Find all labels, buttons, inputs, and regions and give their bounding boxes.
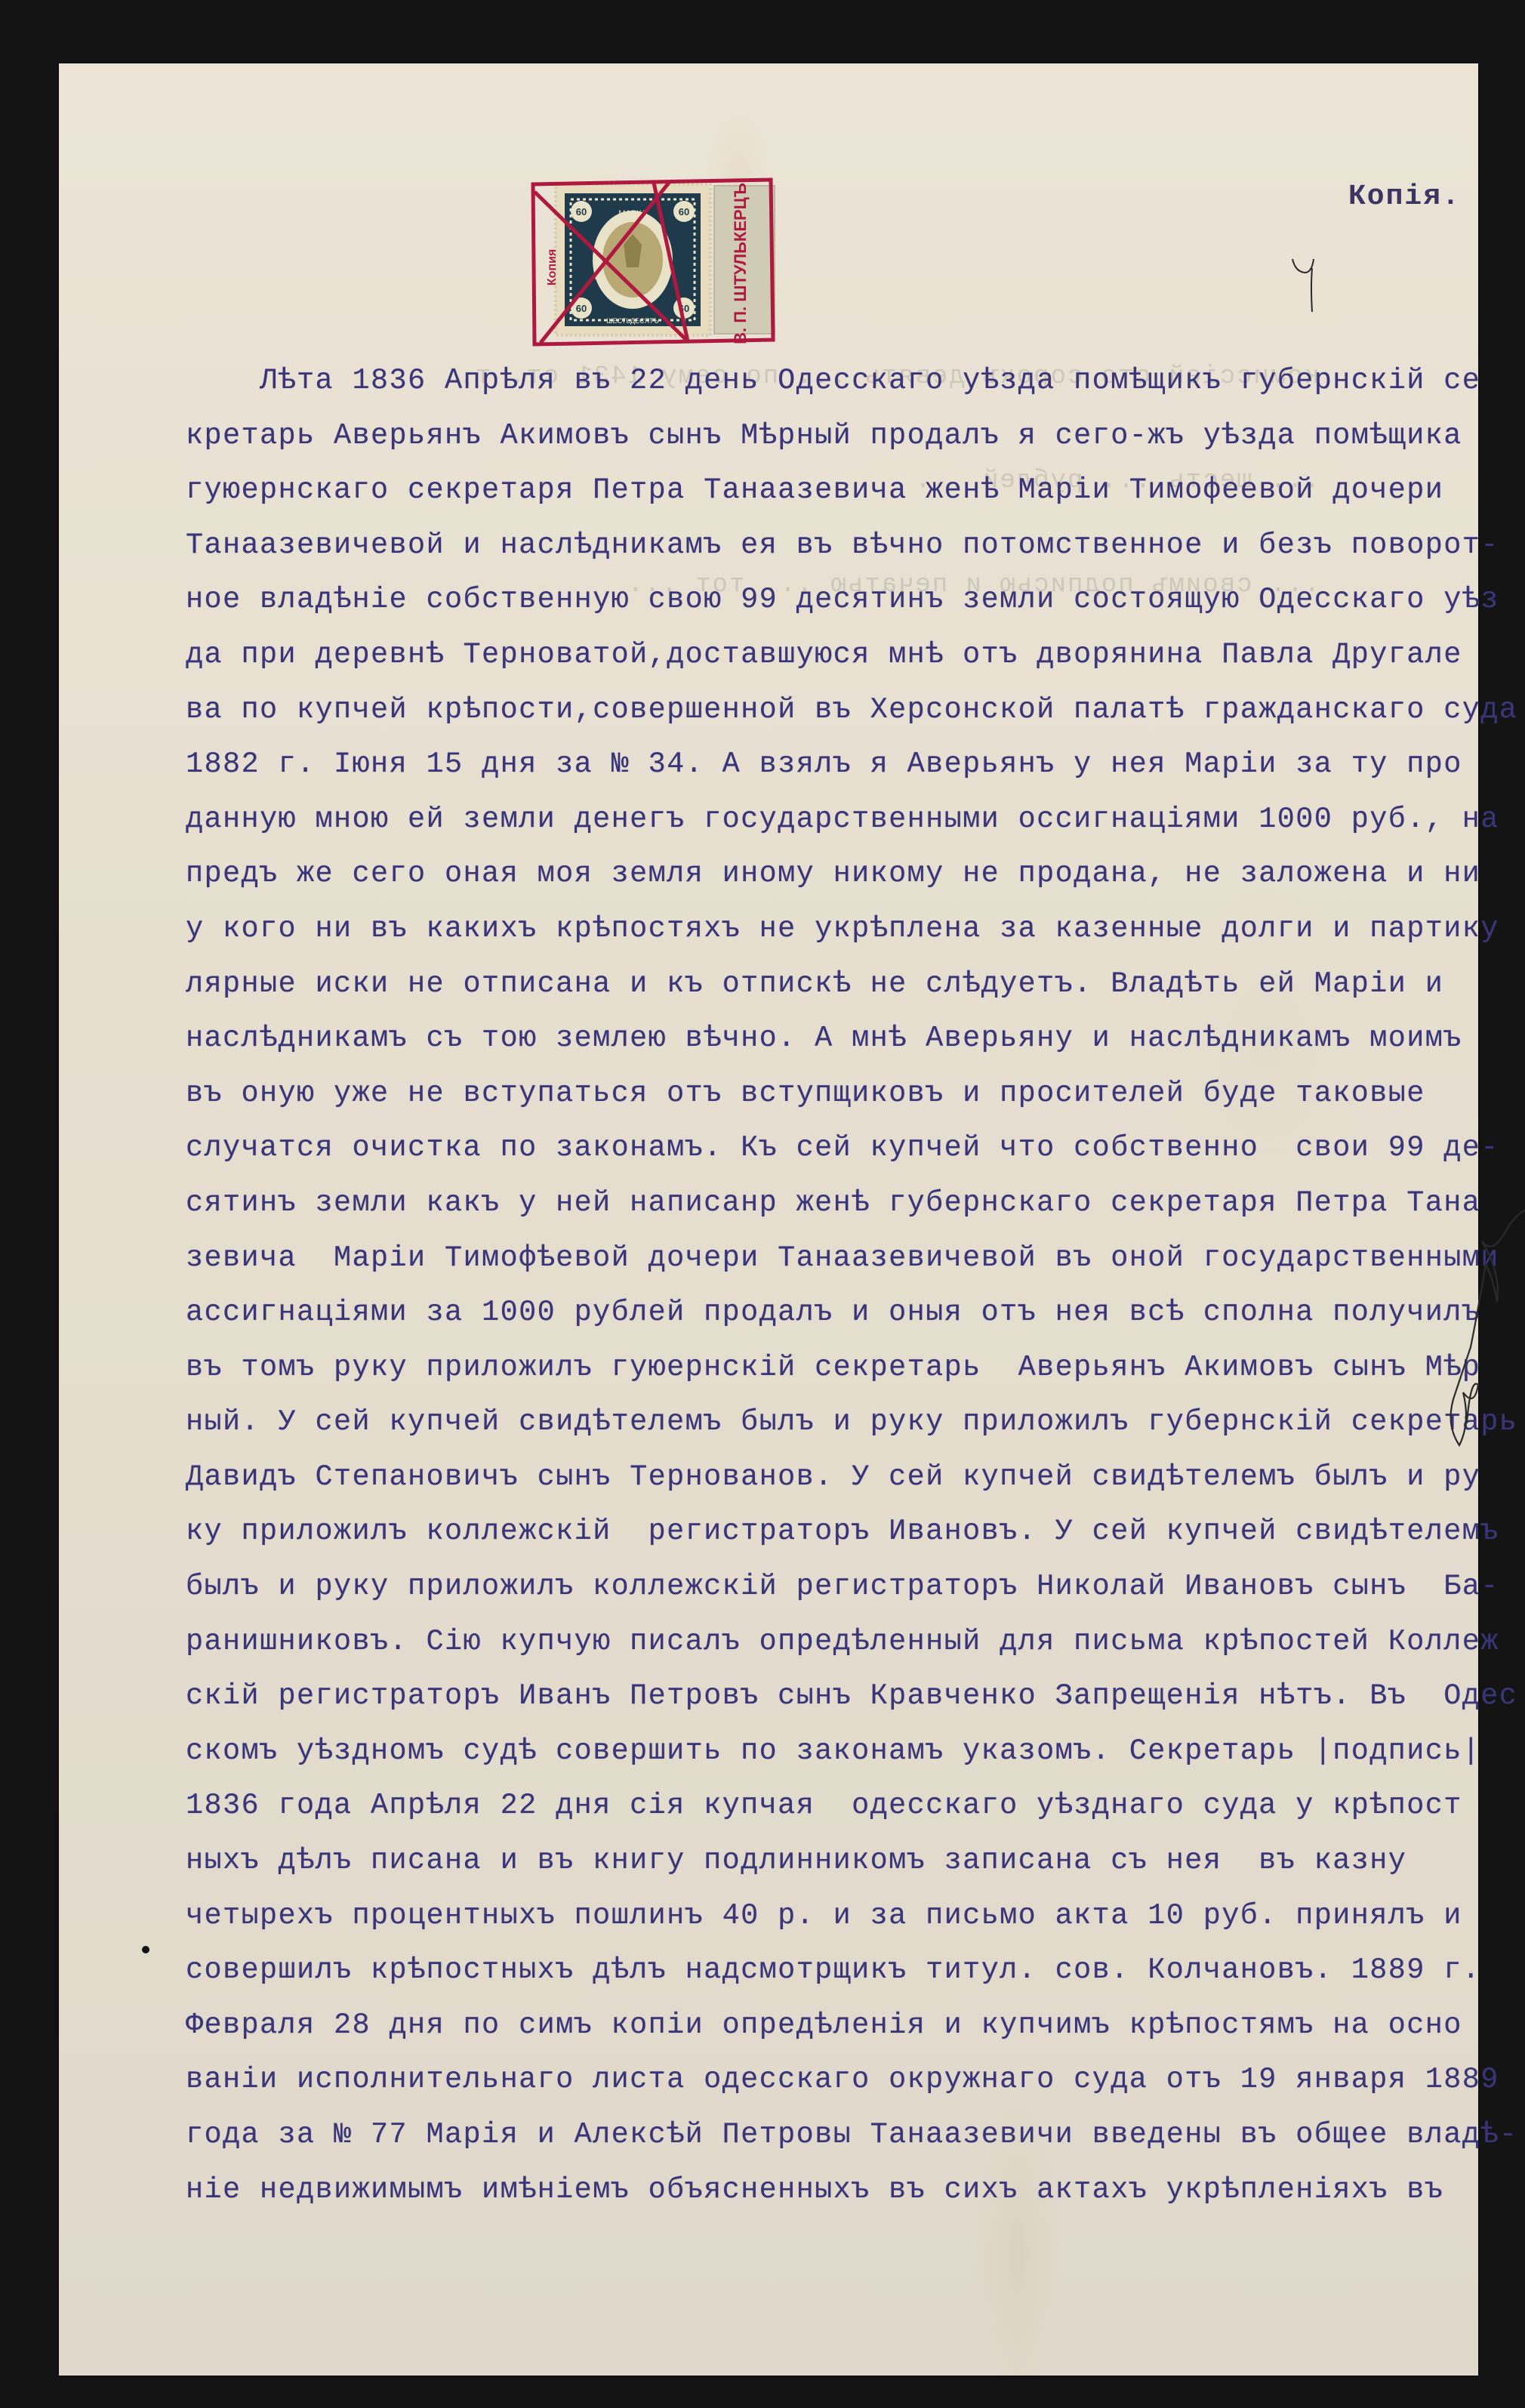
- text-line: Лѣта 1836 Апрѣля въ 22 день Одесскаго уѣ…: [186, 353, 1499, 409]
- stamp-bottom-text: ШЕСТЬДЕСЯТЪ: [606, 317, 658, 325]
- text-line: ассигнаціями за 1000 рублей продалъ и он…: [186, 1285, 1499, 1340]
- text-line: ніе недвижимымъ имѣніемъ объясненныхъ въ…: [186, 2163, 1499, 2218]
- text-line: данную мною ей земли денегъ государствен…: [186, 792, 1499, 847]
- text-line: лярные иски не отписана и къ отпискѣ не …: [186, 957, 1499, 1012]
- handwritten-page-number: [1289, 256, 1320, 316]
- text-line: былъ и руку приложилъ коллежскій регистр…: [186, 1559, 1499, 1614]
- text-line: въ томъ руку приложилъ гуюернскій секрет…: [186, 1340, 1499, 1395]
- text-line: случатся очистка по законамъ. Къ сей куп…: [186, 1121, 1499, 1176]
- text-line: ное владѣніе собственную свою 99 десятин…: [186, 572, 1499, 627]
- text-line: Давидъ Степановичъ сынъ Тернованов. У се…: [186, 1450, 1499, 1505]
- text-line: ный. У сей купчей свидѣтелемъ былъ и рук…: [186, 1395, 1499, 1450]
- text-line: сятинъ земли какъ у ней написанр женѣ гу…: [186, 1176, 1499, 1231]
- stamp-corner-value: 60: [576, 206, 587, 217]
- text-line: у кого ни въ какихъ крѣпостяхъ не укрѣпл…: [186, 902, 1499, 957]
- stamp-corner-value: 60: [576, 303, 587, 314]
- cancel-side-label: Копия: [546, 249, 559, 285]
- document-page: комиссіей сто сорокъ девять ... по сему …: [59, 63, 1478, 2376]
- revenue-stamp: 60 60 60 60 МАРКА ГЕРБОВ ШЕСТЬДЕСЯТЪ Коп…: [510, 169, 812, 365]
- text-line: 1836 года Апрѣля 22 дня сія купчая одесс…: [186, 1778, 1499, 1833]
- deed-text: Лѣта 1836 Апрѣля въ 22 день Одесскаго уѣ…: [186, 353, 1499, 2217]
- margin-punch-dot: [142, 1946, 149, 1953]
- text-line: въ оную уже не вступаться отъ вступщиков…: [186, 1066, 1499, 1121]
- cancel-text: В. П. ШТУЛЬКЕРЦЪ: [731, 183, 750, 344]
- text-line: совершилъ крѣпостныхъ дѣлъ надсмотрщикъ …: [186, 1943, 1499, 1998]
- text-line: ку приложилъ коллежскій регистраторъ Ива…: [186, 1504, 1499, 1559]
- copy-label: Копія.: [1348, 180, 1461, 213]
- text-line: скомъ уѣздномъ судѣ совершить по законам…: [186, 1724, 1499, 1779]
- text-line: ваніи исполнительнаго листа одесскаго ок…: [186, 2052, 1499, 2107]
- text-line: Февраля 28 дня по симъ копіи опредѣленія…: [186, 1998, 1499, 2053]
- stamp-corner-value: 60: [679, 206, 689, 217]
- text-line: года за № 77 Марія и Алексѣй Петровы Тан…: [186, 2107, 1499, 2163]
- text-line: да при деревнѣ Терноватой,доставшуюся мн…: [186, 627, 1499, 683]
- text-line: четырехъ процентныхъ пошлинъ 40 р. и за …: [186, 1888, 1499, 1944]
- text-line: предъ же сего оная моя земля иному ником…: [186, 846, 1499, 902]
- text-line: зевича Маріи Тимофѣевой дочери Танаазеви…: [186, 1231, 1499, 1286]
- text-line: скій регистраторъ Иванъ Петровъ сынъ Кра…: [186, 1669, 1499, 1724]
- text-line: ранишниковъ. Сію купчую писалъ опредѣлен…: [186, 1614, 1499, 1670]
- text-line: кретарь Аверьянъ Акимовъ сынъ Мѣрный про…: [186, 409, 1499, 464]
- handwritten-signature: [1440, 1196, 1525, 1468]
- text-line: ныхъ дѣлъ писана и въ книгу подлинникомъ…: [186, 1833, 1499, 1888]
- text-line: Танаазевичевой и наслѣдникамъ ея въ вѣчн…: [186, 518, 1499, 573]
- text-line: ва по купчей крѣпости,совершенной въ Хер…: [186, 683, 1499, 738]
- text-line: 1882 г. Іюня 15 дня за № 34. А взялъ я А…: [186, 737, 1499, 792]
- text-line: наслѣдникамъ съ тою землею вѣчно. А мнѣ …: [186, 1011, 1499, 1066]
- text-line: гуюернскаго секретаря Петра Танаазевича …: [186, 463, 1499, 518]
